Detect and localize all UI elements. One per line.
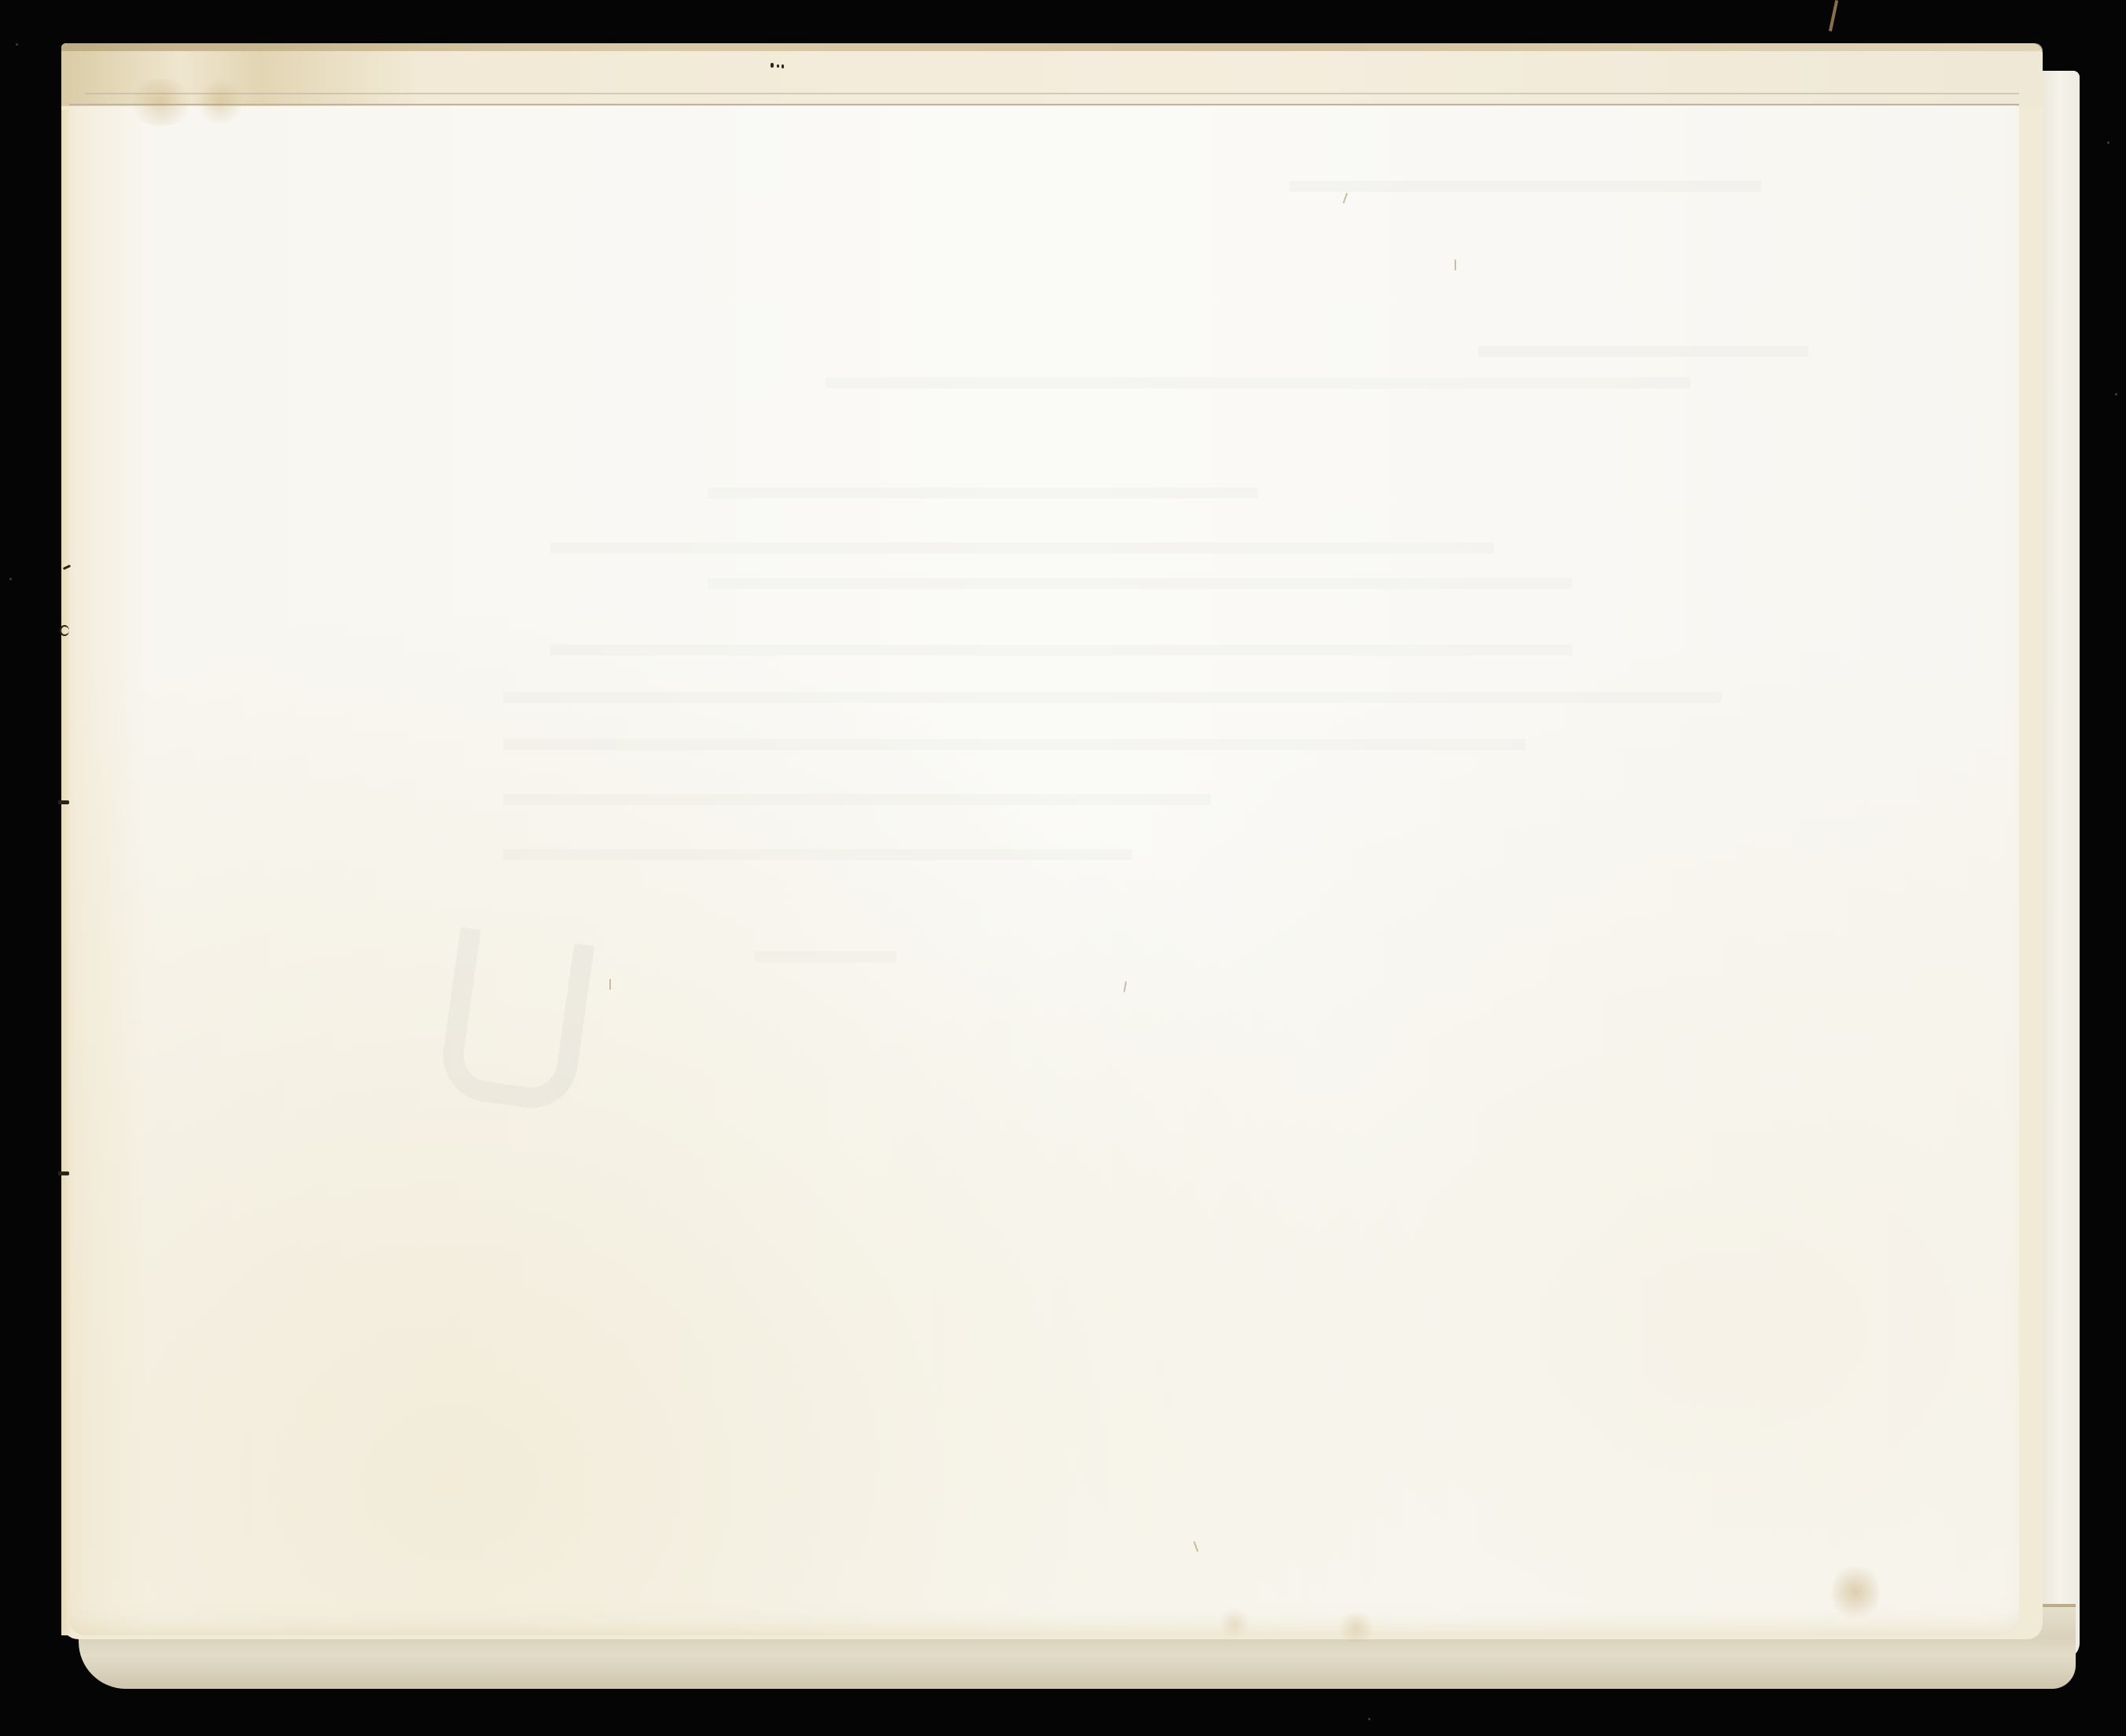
bleed-through-line bbox=[550, 645, 1572, 656]
paper-fiber bbox=[1455, 259, 1456, 270]
background-speck bbox=[1368, 1718, 1370, 1720]
background-speck bbox=[16, 43, 18, 46]
margin-ink-mark bbox=[60, 625, 69, 636]
scan-scene bbox=[0, 0, 2126, 1736]
foxing-stain bbox=[1832, 1561, 1879, 1624]
binding-thread bbox=[1829, 0, 1838, 31]
ink-dot bbox=[782, 64, 784, 68]
background-speck bbox=[9, 578, 12, 580]
bleed-through-line bbox=[826, 377, 1690, 388]
bleed-through-line bbox=[503, 794, 1211, 805]
aged-top-edge bbox=[61, 43, 2043, 106]
margin-ink-mark bbox=[58, 1171, 69, 1175]
water-stain bbox=[126, 79, 197, 126]
background-speck bbox=[2115, 393, 2117, 395]
bleed-through-line bbox=[503, 692, 1722, 703]
water-stain bbox=[197, 79, 244, 126]
bleed-through-line bbox=[550, 542, 1494, 554]
ink-dot bbox=[771, 63, 774, 68]
bleed-through-line bbox=[503, 739, 1525, 750]
background-speck bbox=[2107, 142, 2109, 144]
edge-stain bbox=[1337, 1612, 1376, 1643]
blank-leaf bbox=[69, 106, 2019, 1635]
top-rule-line bbox=[85, 93, 2019, 94]
bleed-through-line bbox=[1289, 181, 1761, 192]
bleed-through-line bbox=[755, 951, 896, 962]
bleed-through-line bbox=[708, 487, 1258, 498]
top-rule-line bbox=[69, 104, 2019, 105]
bleed-through-line bbox=[503, 849, 1132, 860]
bleed-through-line bbox=[1478, 346, 1808, 357]
edge-stain bbox=[1219, 1608, 1250, 1639]
ink-dot bbox=[777, 64, 779, 68]
margin-ink-mark bbox=[58, 800, 69, 804]
bleed-through-line bbox=[708, 578, 1572, 589]
paper-fiber bbox=[609, 979, 611, 990]
